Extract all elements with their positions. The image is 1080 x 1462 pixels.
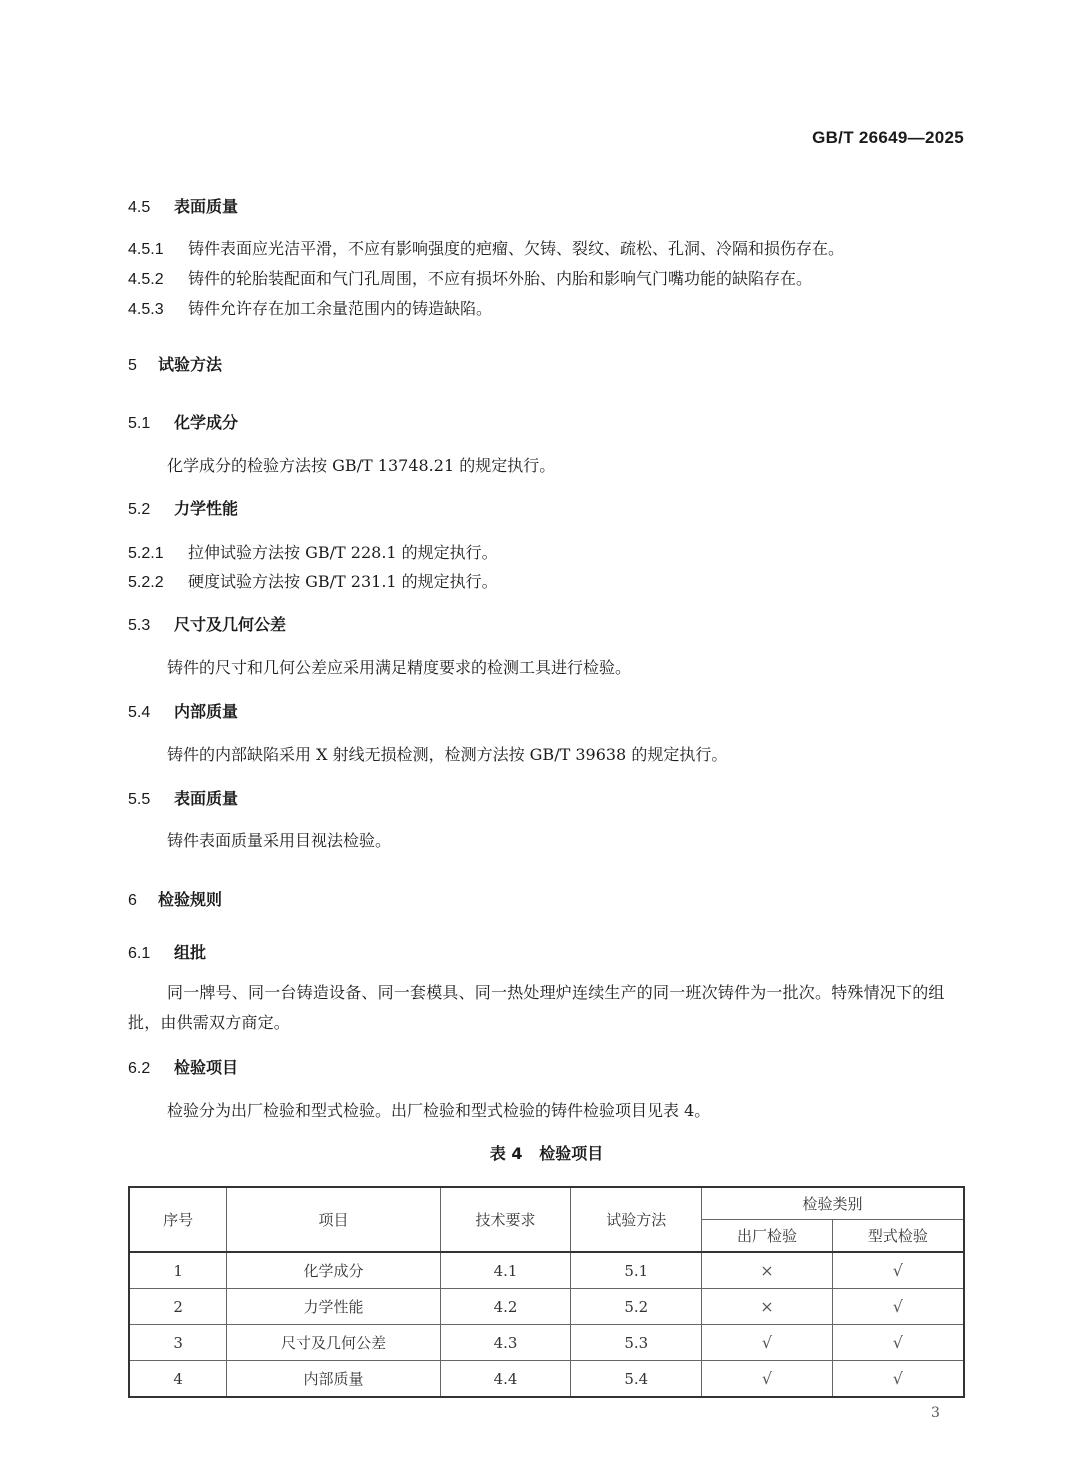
- heading-6-1: 6.1组批: [128, 940, 206, 963]
- heading-title: 检验项目: [174, 1058, 238, 1077]
- heading-number: 6.1: [128, 945, 174, 963]
- heading-6-2: 6.2检验项目: [128, 1055, 238, 1078]
- clause-4-5-1: 4.5.1铸件表面应光洁平滑，不应有影响强度的疤瘤、欠铸、裂纹、疏松、孔洞、冷隔…: [128, 236, 844, 259]
- clause-4-5-3: 4.5.3铸件允许存在加工余量范围内的铸造缺陷。: [128, 296, 492, 319]
- cell-test-method: 5.1: [571, 1252, 702, 1289]
- heading-4-5: 4.5表面质量: [128, 194, 238, 217]
- header-category: 检验类别: [702, 1187, 964, 1220]
- heading-5-1: 5.1化学成分: [128, 410, 238, 433]
- check-icon: √: [832, 1289, 964, 1325]
- heading-number: 4.5: [128, 199, 174, 217]
- heading-title: 化学成分: [174, 413, 238, 432]
- clause-5-2-2: 5.2.2硬度试验方法按 GB/T 231.1 的规定执行。: [128, 569, 498, 592]
- heading-title: 尺寸及几何公差: [174, 615, 286, 634]
- clause-text: 铸件表面应光洁平滑，不应有影响强度的疤瘤、欠铸、裂纹、疏松、孔洞、冷隔和损伤存在…: [188, 239, 844, 258]
- paragraph-5-5: 铸件表面质量采用目视法检验。: [167, 828, 391, 851]
- header-seq: 序号: [129, 1187, 227, 1252]
- heading-title: 检验规则: [158, 890, 222, 909]
- heading-6: 6检验规则: [128, 887, 222, 910]
- check-icon: √: [832, 1252, 964, 1289]
- heading-5-2: 5.2力学性能: [128, 496, 238, 519]
- clause-4-5-2: 4.5.2铸件的轮胎装配面和气门孔周围，不应有损坏外胎、内胎和影响气门嘴功能的缺…: [128, 266, 812, 289]
- page-number: 3: [931, 1405, 940, 1421]
- cell-seq: 4: [129, 1361, 227, 1398]
- cell-item: 尺寸及几何公差: [227, 1325, 440, 1361]
- heading-number: 5: [128, 357, 158, 375]
- clause-text: 拉伸试验方法按 GB/T 228.1 的规定执行。: [188, 543, 498, 562]
- heading-5-5: 5.5表面质量: [128, 786, 238, 809]
- heading-number: 5.3: [128, 617, 174, 635]
- heading-number: 5.5: [128, 791, 174, 809]
- heading-number: 5.2: [128, 501, 174, 519]
- heading-number: 5.4: [128, 704, 174, 722]
- header-test-method: 试验方法: [571, 1187, 702, 1252]
- heading-title: 试验方法: [158, 355, 222, 374]
- heading-title: 内部质量: [174, 702, 238, 721]
- check-icon: √: [832, 1325, 964, 1361]
- cell-test-method: 5.3: [571, 1325, 702, 1361]
- heading-number: 5.1: [128, 415, 174, 433]
- cell-tech-req: 4.1: [440, 1252, 571, 1289]
- clause-5-2-1: 5.2.1拉伸试验方法按 GB/T 228.1 的规定执行。: [128, 540, 498, 563]
- heading-5-4: 5.4内部质量: [128, 699, 238, 722]
- header-factory-inspection: 出厂检验: [702, 1220, 833, 1253]
- cell-test-method: 5.2: [571, 1289, 702, 1325]
- heading-5: 5试验方法: [128, 352, 222, 375]
- cell-tech-req: 4.4: [440, 1361, 571, 1398]
- cell-seq: 3: [129, 1325, 227, 1361]
- cell-seq: 2: [129, 1289, 227, 1325]
- heading-title: 表面质量: [174, 789, 238, 808]
- clause-text: 铸件的轮胎装配面和气门孔周围，不应有损坏外胎、内胎和影响气门嘴功能的缺陷存在。: [188, 269, 812, 288]
- clause-text: 硬度试验方法按 GB/T 231.1 的规定执行。: [188, 572, 498, 591]
- clause-number: 5.2.1: [128, 545, 188, 563]
- clause-number: 4.5.2: [128, 271, 188, 289]
- header-item: 项目: [227, 1187, 440, 1252]
- clause-number: 5.2.2: [128, 574, 188, 592]
- table-row: 4 内部质量 4.4 5.4 √ √: [129, 1361, 964, 1398]
- clause-text: 铸件允许存在加工余量范围内的铸造缺陷。: [188, 299, 492, 318]
- paragraph-5-3: 铸件的尺寸和几何公差应采用满足精度要求的检测工具进行检验。: [167, 655, 631, 678]
- paragraph-5-4: 铸件的内部缺陷采用 X 射线无损检测，检测方法按 GB/T 39638 的规定执…: [167, 742, 727, 765]
- table-caption: 表 4 检验项目: [0, 1141, 1080, 1164]
- clause-number: 4.5.1: [128, 241, 188, 259]
- table-row: 1 化学成分 4.1 5.1 × √: [129, 1252, 964, 1289]
- heading-title: 力学性能: [174, 499, 238, 518]
- paragraph-6-2: 检验分为出厂检验和型式检验。出厂检验和型式检验的铸件检验项目见表 4。: [167, 1098, 710, 1121]
- cell-test-method: 5.4: [571, 1361, 702, 1398]
- cell-tech-req: 4.3: [440, 1325, 571, 1361]
- cross-icon: ×: [702, 1289, 833, 1325]
- inspection-items-table: 序号 项目 技术要求 试验方法 检验类别 出厂检验 型式检验 1 化学成分 4.…: [128, 1186, 965, 1398]
- header-type-inspection: 型式检验: [832, 1220, 964, 1253]
- cell-item: 力学性能: [227, 1289, 440, 1325]
- cell-item: 化学成分: [227, 1252, 440, 1289]
- heading-title: 组批: [174, 943, 206, 962]
- cell-item: 内部质量: [227, 1361, 440, 1398]
- heading-title: 表面质量: [174, 197, 238, 216]
- table-row: 3 尺寸及几何公差 4.3 5.3 √ √: [129, 1325, 964, 1361]
- heading-number: 6: [128, 892, 158, 910]
- header-tech-req: 技术要求: [440, 1187, 571, 1252]
- cell-seq: 1: [129, 1252, 227, 1289]
- heading-5-3: 5.3尺寸及几何公差: [128, 612, 286, 635]
- check-icon: √: [702, 1361, 833, 1398]
- paragraph-5-1: 化学成分的检验方法按 GB/T 13748.21 的规定执行。: [167, 453, 555, 476]
- clause-number: 4.5.3: [128, 301, 188, 319]
- standard-code: GB/T 26649—2025: [812, 128, 964, 148]
- paragraph-6-1: 同一牌号、同一台铸造设备、同一套模具、同一热处理炉连续生产的同一班次铸件为一批次…: [128, 978, 966, 1038]
- cell-tech-req: 4.2: [440, 1289, 571, 1325]
- check-icon: √: [832, 1361, 964, 1398]
- cross-icon: ×: [702, 1252, 833, 1289]
- heading-number: 6.2: [128, 1060, 174, 1078]
- check-icon: √: [702, 1325, 833, 1361]
- table-row: 2 力学性能 4.2 5.2 × √: [129, 1289, 964, 1325]
